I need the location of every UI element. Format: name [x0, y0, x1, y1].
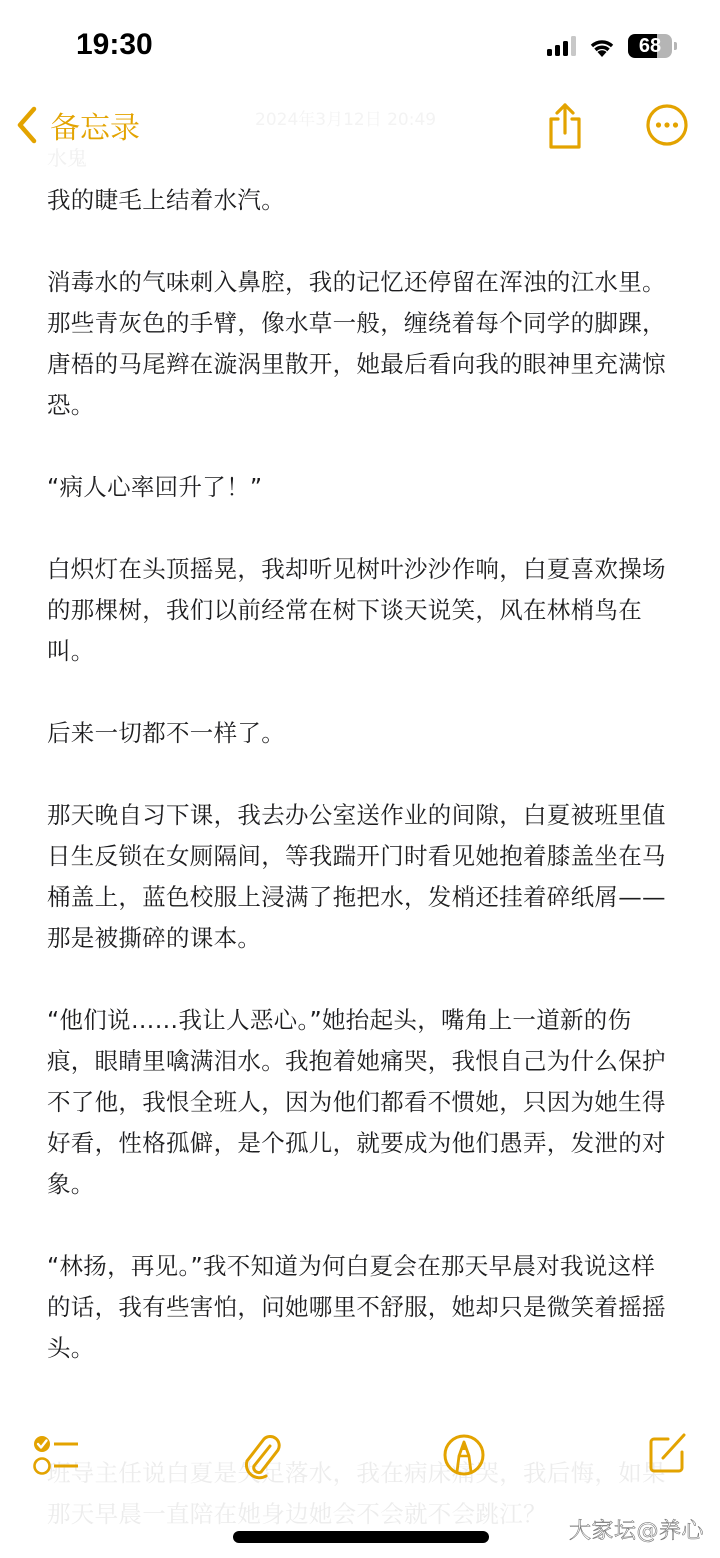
paperclip-icon — [240, 1430, 284, 1480]
chevron-left-icon — [14, 105, 40, 145]
wifi-icon — [588, 36, 616, 57]
status-icons: 68 — [547, 34, 672, 58]
attachment-button[interactable] — [240, 1430, 284, 1484]
checklist-button[interactable] — [32, 1433, 80, 1481]
note-paragraph: 那天晚自习下课，我去办公室送作业的间隙，白夏被班里值日生反锁在女厕隔间，等我踹开… — [47, 795, 677, 959]
back-button[interactable]: 备忘录 — [14, 103, 140, 147]
more-options-button[interactable] — [645, 103, 689, 151]
navigation-bar: 备忘录 2024年3月12日 20:49 水鬼 — [0, 95, 720, 160]
note-date-faded: 2024年3月12日 20:49 — [255, 105, 436, 130]
note-paragraph: “病人心率回升了！” — [47, 467, 677, 508]
note-title-faded: 水鬼 — [47, 142, 87, 171]
note-paragraph: 白炽灯在头顶摇晃，我却听见树叶沙沙作响，白夏喜欢操场的那棵树，我们以前经常在树下… — [47, 549, 677, 672]
home-indicator[interactable] — [233, 1531, 489, 1543]
note-paragraph: 消毒水的气味刺入鼻腔，我的记忆还停留在浑浊的江水里。那些青灰色的手臂，像水草一般… — [47, 262, 677, 426]
battery-indicator: 68 — [628, 34, 672, 58]
compose-icon — [646, 1430, 690, 1476]
bottom-toolbar — [0, 1428, 720, 1488]
note-paragraph: 我的睫毛上结着水汽。 — [47, 180, 677, 221]
battery-percent: 68 — [639, 35, 661, 58]
ellipsis-circle-icon — [645, 103, 689, 147]
share-icon — [546, 101, 584, 151]
checklist-icon — [32, 1433, 80, 1477]
note-paragraph: 后来一切都不一样了。 — [47, 713, 677, 754]
status-bar: 19:30 68 — [0, 0, 720, 95]
status-time: 19:30 — [76, 28, 153, 62]
note-paragraph: “他们说……我让人恶心。”她抬起头，嘴角上一道新的伤痕，眼睛里噙满泪水。我抱着她… — [47, 1000, 677, 1205]
back-label: 备忘录 — [50, 103, 140, 147]
share-button[interactable] — [546, 101, 584, 155]
cellular-signal-icon — [547, 36, 576, 56]
markup-button[interactable] — [442, 1432, 486, 1482]
compose-button[interactable] — [646, 1430, 690, 1480]
note-paragraph: “林扬，再见。”我不知道为何白夏会在那天早晨对我说这样的话，我有些害怕，问她哪里… — [47, 1246, 677, 1369]
note-body[interactable]: 我的睫毛上结着水汽。 消毒水的气味刺入鼻腔，我的记忆还停留在浑浊的江水里。那些青… — [47, 180, 677, 1410]
pen-circle-icon — [442, 1432, 486, 1478]
watermark: 大家坛@养心 — [569, 1514, 704, 1545]
